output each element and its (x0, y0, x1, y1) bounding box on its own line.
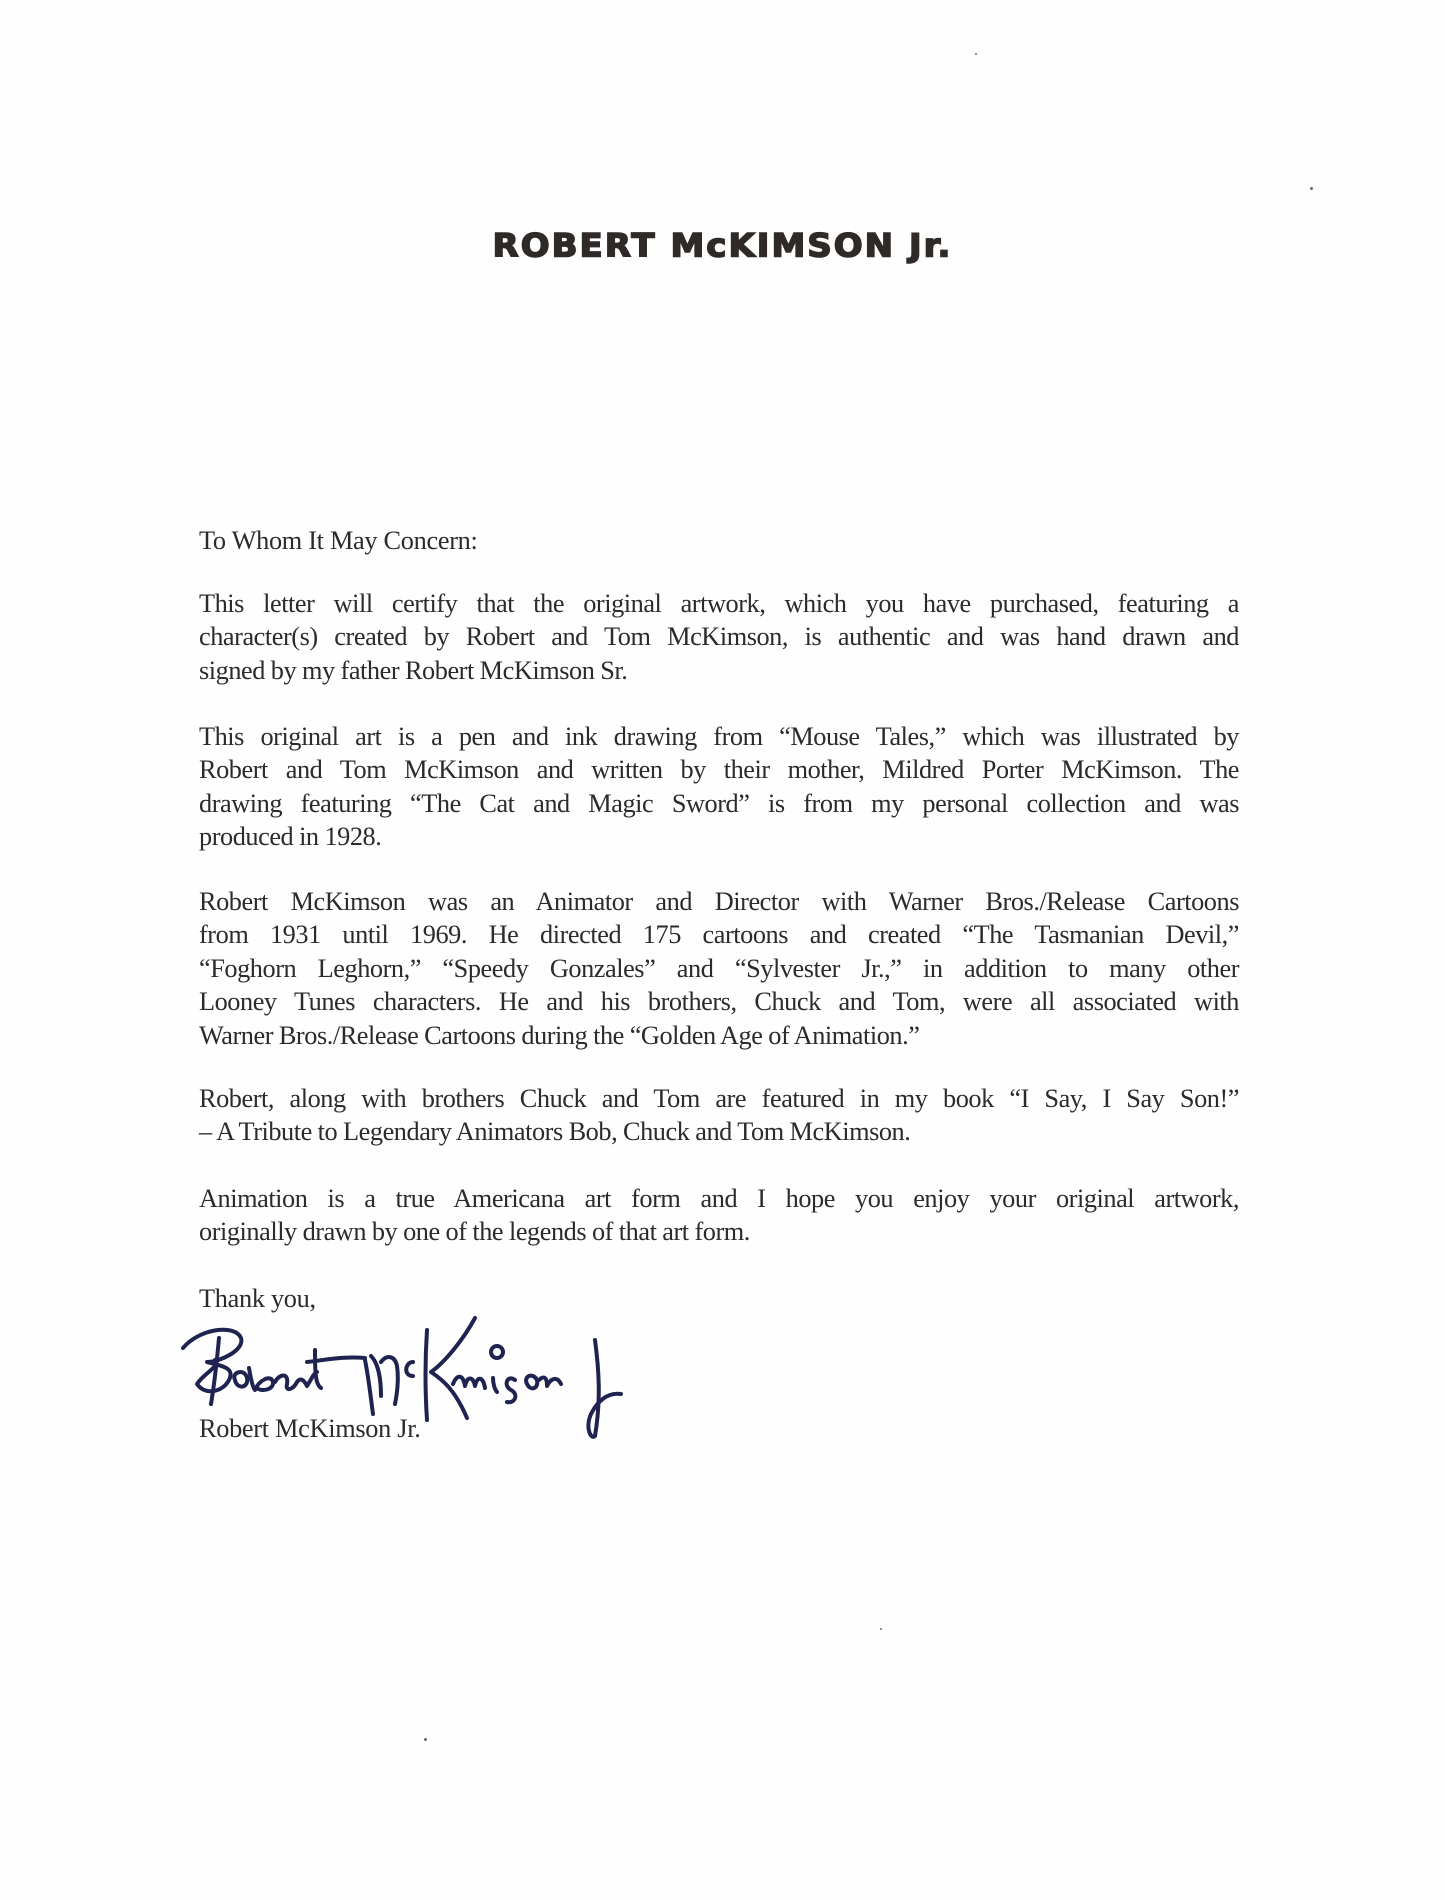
paragraph-artwork-origin: This original art is a pen and ink drawi… (199, 720, 1239, 854)
paragraph-line: originally drawn by one of the legends o… (199, 1215, 1239, 1248)
paragraph-line: from 1931 until 1969. He directed 175 ca… (199, 918, 1239, 951)
letterhead-name: ROBERT McKIMSON Jr. (493, 227, 953, 265)
paragraph-line: Robert and Tom McKimson and written by t… (199, 753, 1239, 786)
paragraph-line: This letter will certify that the origin… (199, 587, 1239, 620)
signer-name: Robert McKimson Jr. (199, 1412, 420, 1445)
paragraph-line: produced in 1928. (199, 820, 1239, 853)
paragraph-line: This original art is a pen and ink drawi… (199, 720, 1239, 753)
letterhead: ROBERT McKIMSON Jr. (0, 227, 1445, 265)
paragraph-line: Warner Bros./Release Cartoons during the… (199, 1019, 1239, 1052)
scan-speck (1310, 187, 1313, 190)
paragraph-line: Looney Tunes characters. He and his brot… (199, 985, 1239, 1018)
paragraph-line: character(s) created by Robert and Tom M… (199, 620, 1239, 653)
paragraph-line: – A Tribute to Legendary Animators Bob, … (199, 1115, 1239, 1148)
paragraph-line: Robert McKimson was an Animator and Dire… (199, 885, 1239, 918)
letter-page: ROBERT McKIMSON Jr. To Whom It May Conce… (0, 0, 1445, 1900)
paragraph-line: Animation is a true Americana art form a… (199, 1182, 1239, 1215)
paragraph-closing-remarks: Animation is a true Americana art form a… (199, 1182, 1239, 1249)
scan-speck (880, 1628, 882, 1630)
paragraph-book: Robert, along with brothers Chuck and To… (199, 1082, 1239, 1149)
paragraph-line: signed by my father Robert McKimson Sr. (199, 654, 1239, 687)
paragraph-biography: Robert McKimson was an Animator and Dire… (199, 885, 1239, 1052)
paragraph-certification: This letter will certify that the origin… (199, 587, 1239, 687)
scan-speck (975, 53, 977, 55)
greeting: To Whom It May Concern: (199, 524, 478, 557)
scan-speck (424, 1738, 427, 1741)
paragraph-line: “Foghorn Leghorn,” “Speedy Gonzales” and… (199, 952, 1239, 985)
paragraph-line: Robert, along with brothers Chuck and To… (199, 1082, 1239, 1115)
paragraph-line: drawing featuring “The Cat and Magic Swo… (199, 787, 1239, 820)
